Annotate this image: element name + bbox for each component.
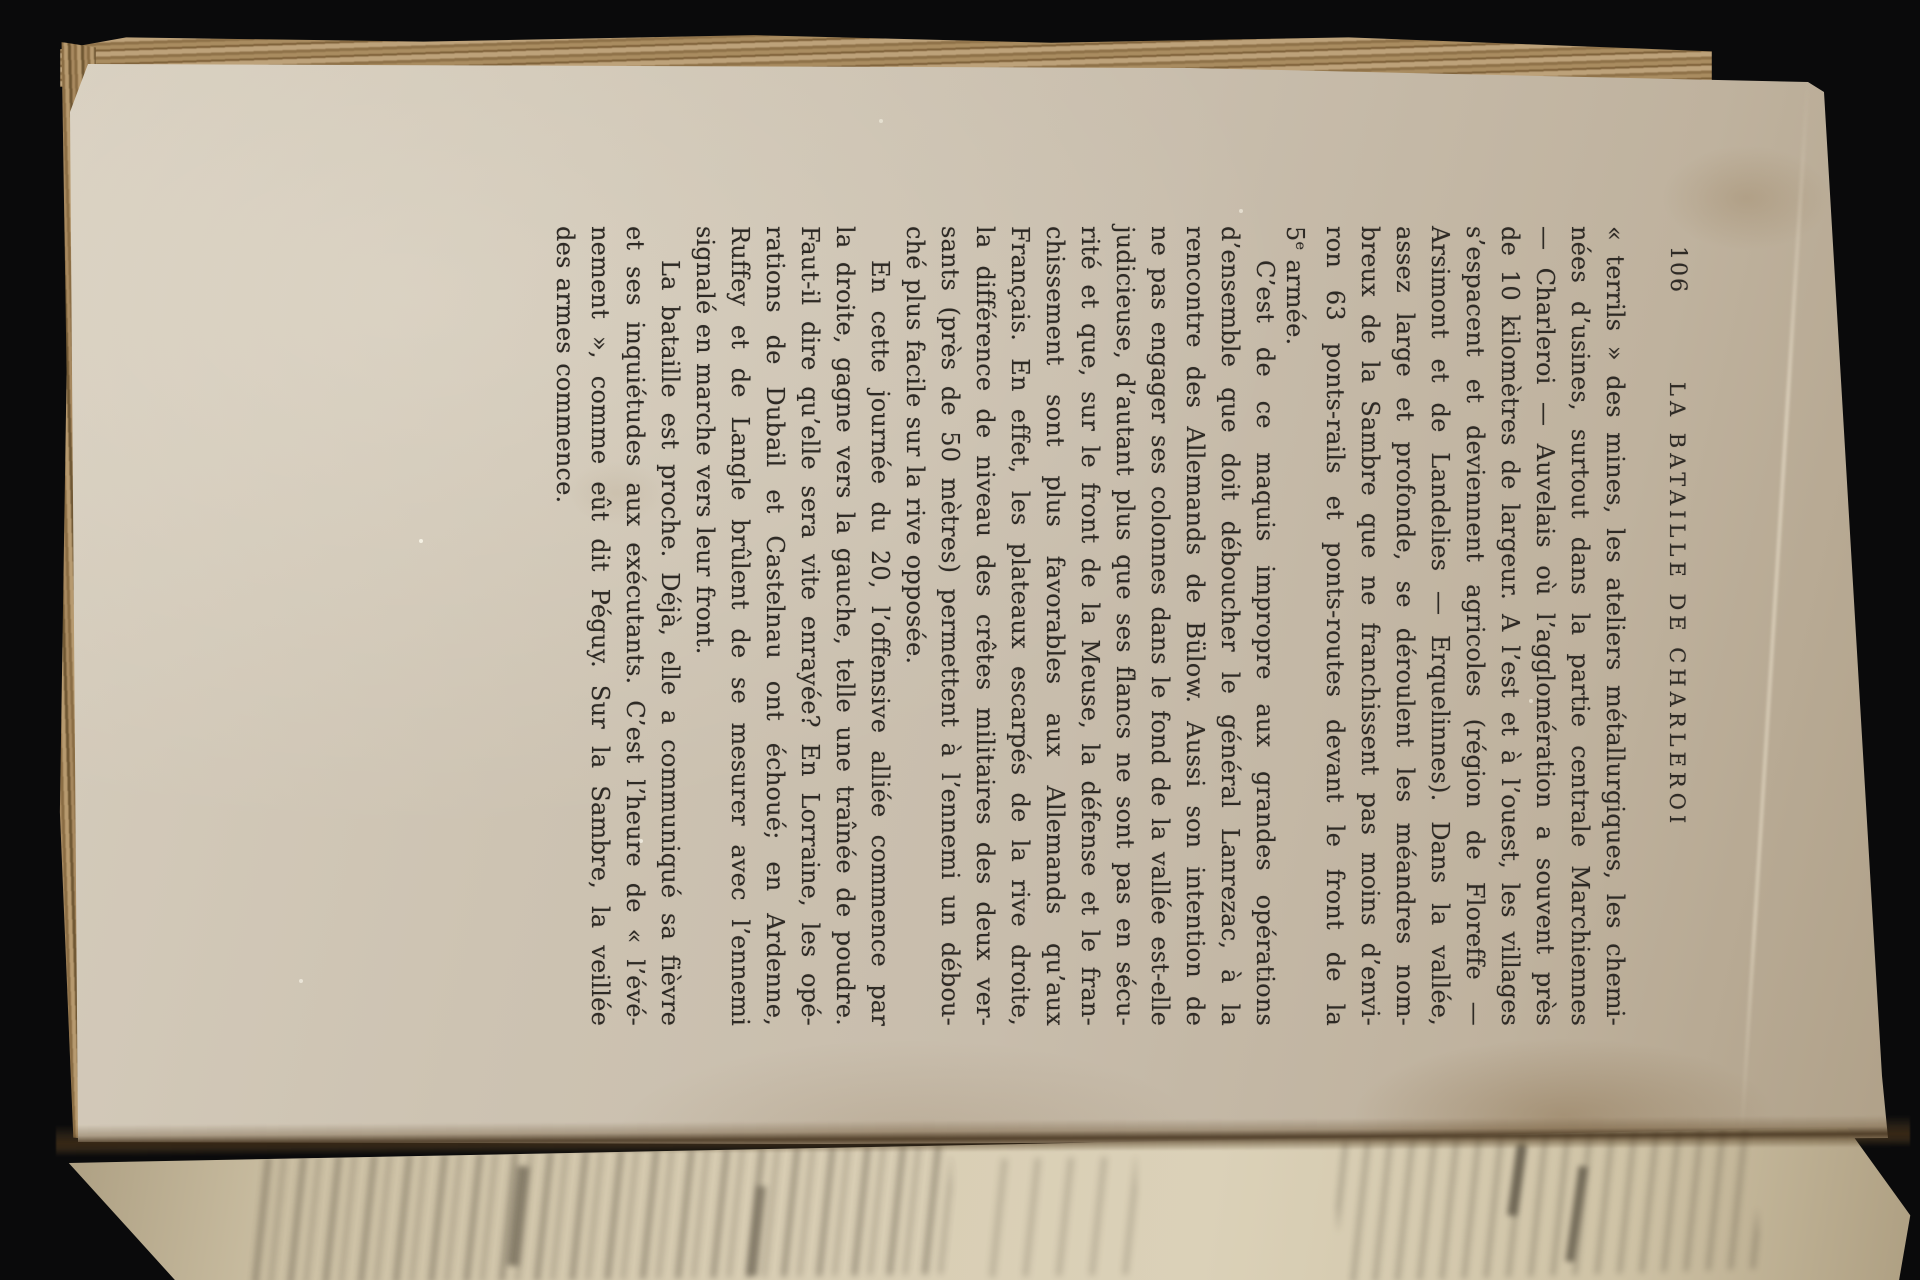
text-line: — Charleroi — Auvelais où l’agglomératio…: [1527, 226, 1562, 1026]
paragraph: La bataille est proche. Déjà, elle a com…: [547, 226, 687, 1026]
text-line: assez large et profonde, se déroulent le…: [1387, 226, 1422, 1026]
page-number: 106: [1665, 246, 1690, 294]
text-line: signalé en marche vers leur front.: [687, 226, 722, 1026]
paragraph: « terrils » des mines, les ateliers méta…: [1282, 226, 1632, 1026]
text-block: « terrils » des mines, les ateliers méta…: [547, 226, 1632, 1026]
text-line: des armes commence.: [547, 226, 582, 1026]
page-header: 106 LA BATAILLE DE CHARLEROI: [1650, 226, 1690, 1026]
text-line: nement », comme eût dit Péguy. Sur la Sa…: [582, 226, 617, 1026]
blurred-text-columns: [251, 1144, 953, 1280]
text-line: La bataille est proche. Déjà, elle a com…: [652, 226, 687, 1026]
text-line: « terrils » des mines, les ateliers méta…: [1597, 226, 1632, 1026]
dust-specks: [0, 0, 2, 2]
text-line: En cette journée du 20, l’offensive alli…: [862, 226, 897, 1026]
text-line: Faut-il dire qu’elle sera vite enrayée? …: [792, 226, 827, 1026]
blurred-text-columns: [986, 1157, 1138, 1278]
text-line: de 10 kilomètres de largeur. A l’est et …: [1492, 226, 1527, 1026]
text-line: 5e armée.: [1282, 226, 1317, 1026]
text-line: Arsimont et de Landelies — Erquelinnes).…: [1422, 226, 1457, 1026]
text-line: la droite, gagne vers la gauche, telle u…: [827, 226, 862, 1026]
text-line: C’est de ce maquis impropre aux grandes …: [1247, 226, 1282, 1026]
paragraph: C’est de ce maquis impropre aux grandes …: [897, 226, 1282, 1026]
text-line: la différence de niveau des crêtes milit…: [967, 226, 1002, 1026]
book-photo-background: 106 LA BATAILLE DE CHARLEROI « terrils »…: [0, 0, 1920, 1280]
text-line: s’espacent et deviennent agricoles (régi…: [1457, 226, 1492, 1026]
text-line: Ruffey et de Langle brûlent de se mesure…: [722, 226, 757, 1026]
text-line: rité et que, sur le front de la Meuse, l…: [1072, 226, 1107, 1026]
text-line: chissement sont plus favorables aux Alle…: [1037, 226, 1072, 1026]
text-line: d’ensemble que doit déboucher le général…: [1212, 226, 1247, 1026]
page-content: 106 LA BATAILLE DE CHARLEROI « terrils »…: [540, 226, 1690, 1026]
text-line: judicieuse, d’autant plus que ses flancs…: [1107, 226, 1142, 1026]
text-line: ne pas engager ses colonnes dans le fond…: [1142, 226, 1177, 1026]
text-line: et ses inquiétudes aux exécutants. C’est…: [617, 226, 652, 1026]
paragraph: En cette journée du 20, l’offensive alli…: [687, 226, 897, 1026]
running-title: LA BATAILLE DE CHARLEROI: [1665, 382, 1690, 828]
text-line: ron 63 ponts-rails et ponts-routes devan…: [1317, 226, 1352, 1026]
text-line: ché plus facile sur la rive opposée.: [897, 226, 932, 1026]
text-line: rencontre des Allemands de Bülow. Aussi …: [1177, 226, 1212, 1026]
text-line: Français. En effet, les plateaux escarpé…: [1002, 226, 1037, 1026]
rotated-text-area: 106 LA BATAILLE DE CHARLEROI « terrils »…: [540, 226, 1690, 1026]
text-line: nées d’usines, surtout dans la partie ce…: [1562, 226, 1597, 1026]
text-line: rations de Dubail et Castelnau ont échou…: [757, 226, 792, 1026]
text-line: sants (près de 50 mètres) permettent à l…: [932, 226, 967, 1026]
text-line: breux de la Sambre que ne franchissent p…: [1352, 226, 1387, 1026]
